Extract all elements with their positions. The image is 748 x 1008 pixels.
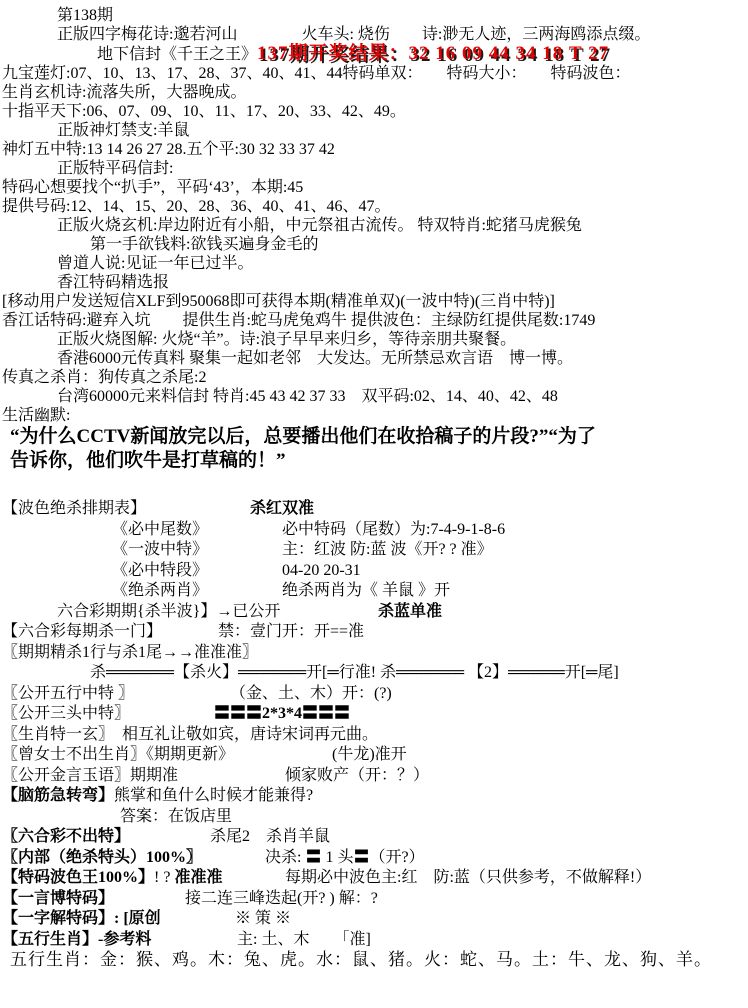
- internal-kill-head-line: 〖内部（绝杀特头）100%〗决杀: 〓 1 头〓（开?）: [2, 848, 746, 869]
- kill-two-zodiac-label: 《绝杀两肖》: [112, 581, 282, 602]
- fire-mystery-line: 正版火烧玄机:岸边附近有小船，中元祭祖古流传。 特双特肖:蛇猪马虎猴兔: [2, 216, 746, 235]
- golden-words-line: 〖公开金言玉语〗期期准倾家败产（开：？）: [2, 766, 746, 787]
- three-heads-label: 〖公开三头中特〗: [2, 704, 214, 725]
- lamp-forbidden-line: 正版神灯禁支:羊鼠: [2, 121, 746, 140]
- ten-fingers-line: 十指平天下:06、07、09、10、11、17、20、33、42、49。: [2, 102, 746, 121]
- five-elements-label: 〖公开五行中特 〗: [2, 684, 230, 705]
- taiwan-material-line: 台湾60000元来料信封 特肖:45 43 42 37 33 双平码:02、14…: [2, 387, 746, 406]
- wave-color-king-label: 【特码波色王100%】: [2, 869, 154, 886]
- one-character-value: ※ 策 ※: [235, 910, 291, 927]
- one-sentence-label: 【一言博特码】: [2, 889, 185, 910]
- xiangjiang-report-title: 香江特码精选报: [2, 273, 746, 292]
- one-wave-line: 《一波中特》主：红波 防:蓝 波《开? ? 准》: [2, 540, 746, 561]
- kill-two-zodiac-line: 《绝杀两肖》绝杀两肖为《 羊鼠 》开: [2, 581, 746, 602]
- wave-color-king-value: 每期必中波色主:红 防:蓝（只供参考，不做解释!）: [285, 869, 651, 886]
- lamp-five-special-line: 神灯五中特:13 14 26 27 28.五个平:30 32 33 37 42: [2, 140, 746, 159]
- one-character-label: 【一字解特码】: [原创: [2, 909, 235, 930]
- zodiac-one-mystery-label: 〖生肖特一玄〗: [2, 726, 106, 743]
- must-hit-tail-line: 《必中尾数》必中特码（尾数）为:7-4-9-1-8-6: [2, 520, 746, 541]
- draw-result-line: 地下信封《千王之王》137期开奖结果：32 16 09 44 34 18 T 2…: [2, 44, 746, 64]
- five-elements-zodiac-full-line: 五行生肖：金：猴、鸡。木：兔、虎。水：鼠、猪。火：蛇、马。土：牛、龙、狗、羊。: [2, 950, 746, 971]
- bottom-section: 【波色绝杀排期表】杀红双准 《必中尾数》必中特码（尾数）为:7-4-9-1-8-…: [2, 499, 746, 971]
- wave-kill-table-label: 【波色绝杀排期表】: [2, 499, 250, 520]
- kill-fire-line: 杀══════【杀火】══════开[═行准! 杀══════ 【2】═════…: [2, 663, 746, 684]
- humor-joke-line-1: “为什么CCTV新闻放完以后，总要播出他们在收拾稿子的片段?”“为了: [2, 425, 746, 449]
- three-heads-value: 〓〓〓2*3*4〓〓〓: [214, 705, 350, 722]
- riddle-line: 【脑筋急转弯】熊掌和鱼什么时候才能兼得?: [2, 786, 746, 807]
- kill-one-door-value: 禁：壹门开：开==准: [218, 623, 364, 640]
- xiangjiang-special-line: 香江话特码:避弃入坑 提供生肖:蛇马虎兔鸡牛 提供波色：主绿防红提供尾数:174…: [2, 311, 746, 330]
- must-hit-segment-value: 04-20 20-31: [282, 562, 361, 579]
- must-hit-tail-value: 必中特码（尾数）为:7-4-9-1-8-6: [282, 521, 505, 538]
- five-element-zodiac-ref-line: 【五行生肖】-参考料主: 土、木 「准]: [2, 930, 746, 951]
- zeng-says-line: 曾道人说:见证一年已过半。: [2, 254, 746, 273]
- one-character-line: 【一字解特码】: [原创※ 策 ※: [2, 909, 746, 930]
- underground-envelope-label: 地下信封《千王之王》: [97, 46, 257, 63]
- plum-poem-line: 正版四字梅花诗:邈若河山 火车头: 烧伤 诗:渺无人迹，三两海鸥添点缀。: [2, 25, 746, 44]
- five-elements-line: 〖公开五行中特 〗（金、土、木）开：(?): [2, 684, 746, 705]
- lottery-tip-sheet: 第138期 正版四字梅花诗:邈若河山 火车头: 烧伤 诗:渺无人迹，三两海鸥添点…: [0, 0, 748, 971]
- special-envelope-label: 正版特平码信封:: [2, 159, 746, 178]
- internal-kill-label: 〖内部（绝杀特头）100%〗: [2, 848, 265, 869]
- no-special-line: 〖六合彩不出特】杀尾2 杀肖羊鼠: [2, 827, 746, 848]
- kill-one-door-label: 【六合彩每期杀一门】: [2, 622, 218, 643]
- riddle-answer-line: 答案：在饭店里: [2, 807, 746, 828]
- five-element-zodiac-label: 【五行生肖】-参考料: [2, 930, 237, 951]
- one-sentence-value: 接二连三峰迭起(开? ) 解：?: [185, 890, 378, 907]
- one-wave-value: 主：红波 防:蓝 波《开? ? 准》: [282, 541, 493, 558]
- zodiac-one-mystery-line: 〖生肖特一玄〗 相互礼让敬如宾，唐诗宋词再元曲。: [2, 725, 746, 746]
- zodiac-one-mystery-value: 相互礼让敬如宾，唐诗宋词再元曲。: [106, 726, 378, 743]
- golden-words-label: 〖公开金言玉语〗期期准: [2, 766, 285, 787]
- madam-zeng-label: 〖曾女士不出生肖〗《期期更新》: [2, 745, 332, 766]
- three-heads-line: 〖公开三头中特〗〓〓〓2*3*4〓〓〓: [2, 704, 746, 725]
- provided-numbers-line: 提供号码:12、14、15、20、28、36、40、41、46、47。: [2, 197, 746, 216]
- must-hit-segment-label: 《必中特段》: [112, 561, 282, 582]
- five-elements-value: （金、土、木）开：(?): [230, 685, 392, 702]
- wave-color-king-label-group: 【特码波色王100%】! ? 准准准: [2, 868, 285, 889]
- zodiac-mystery-poem: 生肖玄机诗:流落失所，大器晚成。: [2, 83, 746, 102]
- one-sentence-line: 【一言博特码】接二连三峰迭起(开? ) 解：?: [2, 889, 746, 910]
- issue-number: 第138期: [2, 6, 746, 25]
- sms-notice-line: [移动用户发送短信XLF到950068即可获得本期(精准单双)(一波中特)(三肖…: [2, 292, 746, 311]
- wave-color-king-line: 【特码波色王100%】! ? 准准准每期必中波色主:红 防:蓝（只供参考，不做解…: [2, 868, 746, 889]
- kill-blue-odd-accurate: 杀蓝单准: [378, 603, 442, 620]
- half-wave-label: 六合彩期期{杀半波}】→已公开: [57, 602, 378, 623]
- wave-color-king-marks: ! ?: [154, 869, 174, 886]
- riddle-label: 【脑筋急转弯】: [2, 787, 114, 804]
- humor-label: 生活幽默:: [2, 406, 746, 425]
- precise-kill-line: 〖期期精杀1行与杀1尾→→准准准〗: [2, 643, 746, 664]
- must-hit-segment-line: 《必中特段》04-20 20-31: [2, 561, 746, 582]
- fire-diagram-line: 正版火烧图解: 火烧“羊”。诗:浪子早早来归乡，等待亲朋共聚餐。: [2, 330, 746, 349]
- kill-red-accurate: 杀红双准: [250, 500, 314, 517]
- golden-words-value: 倾家败产（开：？）: [285, 767, 429, 784]
- internal-kill-value: 决杀: 〓 1 头〓（开?）: [265, 849, 425, 866]
- no-special-label: 〖六合彩不出特】: [2, 827, 210, 848]
- first-money-line: 第一手欲钱料:欲钱买遍身金毛的: [2, 235, 746, 254]
- kill-two-zodiac-value: 绝杀两肖为《 羊鼠 》开: [282, 582, 450, 599]
- wave-color-king-accurate: 准准准: [174, 869, 222, 886]
- one-wave-label: 《一波中特》: [112, 540, 282, 561]
- nine-treasure-lamp-line: 九宝莲灯:07、10、13、17、28、37、40、41、44特码单双： 特码大…: [2, 64, 746, 83]
- five-element-zodiac-value: 主: 土、木 「准]: [237, 931, 371, 948]
- half-wave-line: 六合彩期期{杀半波}】→已公开杀蓝单准: [2, 602, 746, 623]
- top-section: 第138期 正版四字梅花诗:邈若河山 火车头: 烧伤 诗:渺无人迹，三两海鸥添点…: [2, 6, 746, 473]
- pickpocket-hint-line: 特码心想要找个“扒手”，平码‘43’，本期:45: [2, 178, 746, 197]
- previous-draw-result: 137期开奖结果：32 16 09 44 34 18 T 27: [257, 43, 609, 64]
- madam-zeng-line: 〖曾女士不出生肖〗《期期更新》(牛龙)准开: [2, 745, 746, 766]
- wave-kill-table-line: 【波色绝杀排期表】杀红双准: [2, 499, 746, 520]
- riddle-question: 熊掌和鱼什么时候才能兼得?: [114, 787, 313, 804]
- kill-one-door-line: 【六合彩每期杀一门】禁：壹门开：开==准: [2, 622, 746, 643]
- fax-kill-line: 传真之杀肖：狗传真之杀尾:2: [2, 368, 746, 387]
- must-hit-tail-label: 《必中尾数》: [112, 520, 282, 541]
- humor-joke-line-2: 告诉你，他们吹牛是打草稿的！”: [2, 449, 746, 473]
- no-special-value: 杀尾2 杀肖羊鼠: [210, 828, 330, 845]
- madam-zeng-value: (牛龙)准开: [332, 746, 407, 763]
- hk-fax-line: 香港6000元传真料 聚集一起如老邻 大发达。无所禁忌欢言语 博一博。: [2, 349, 746, 368]
